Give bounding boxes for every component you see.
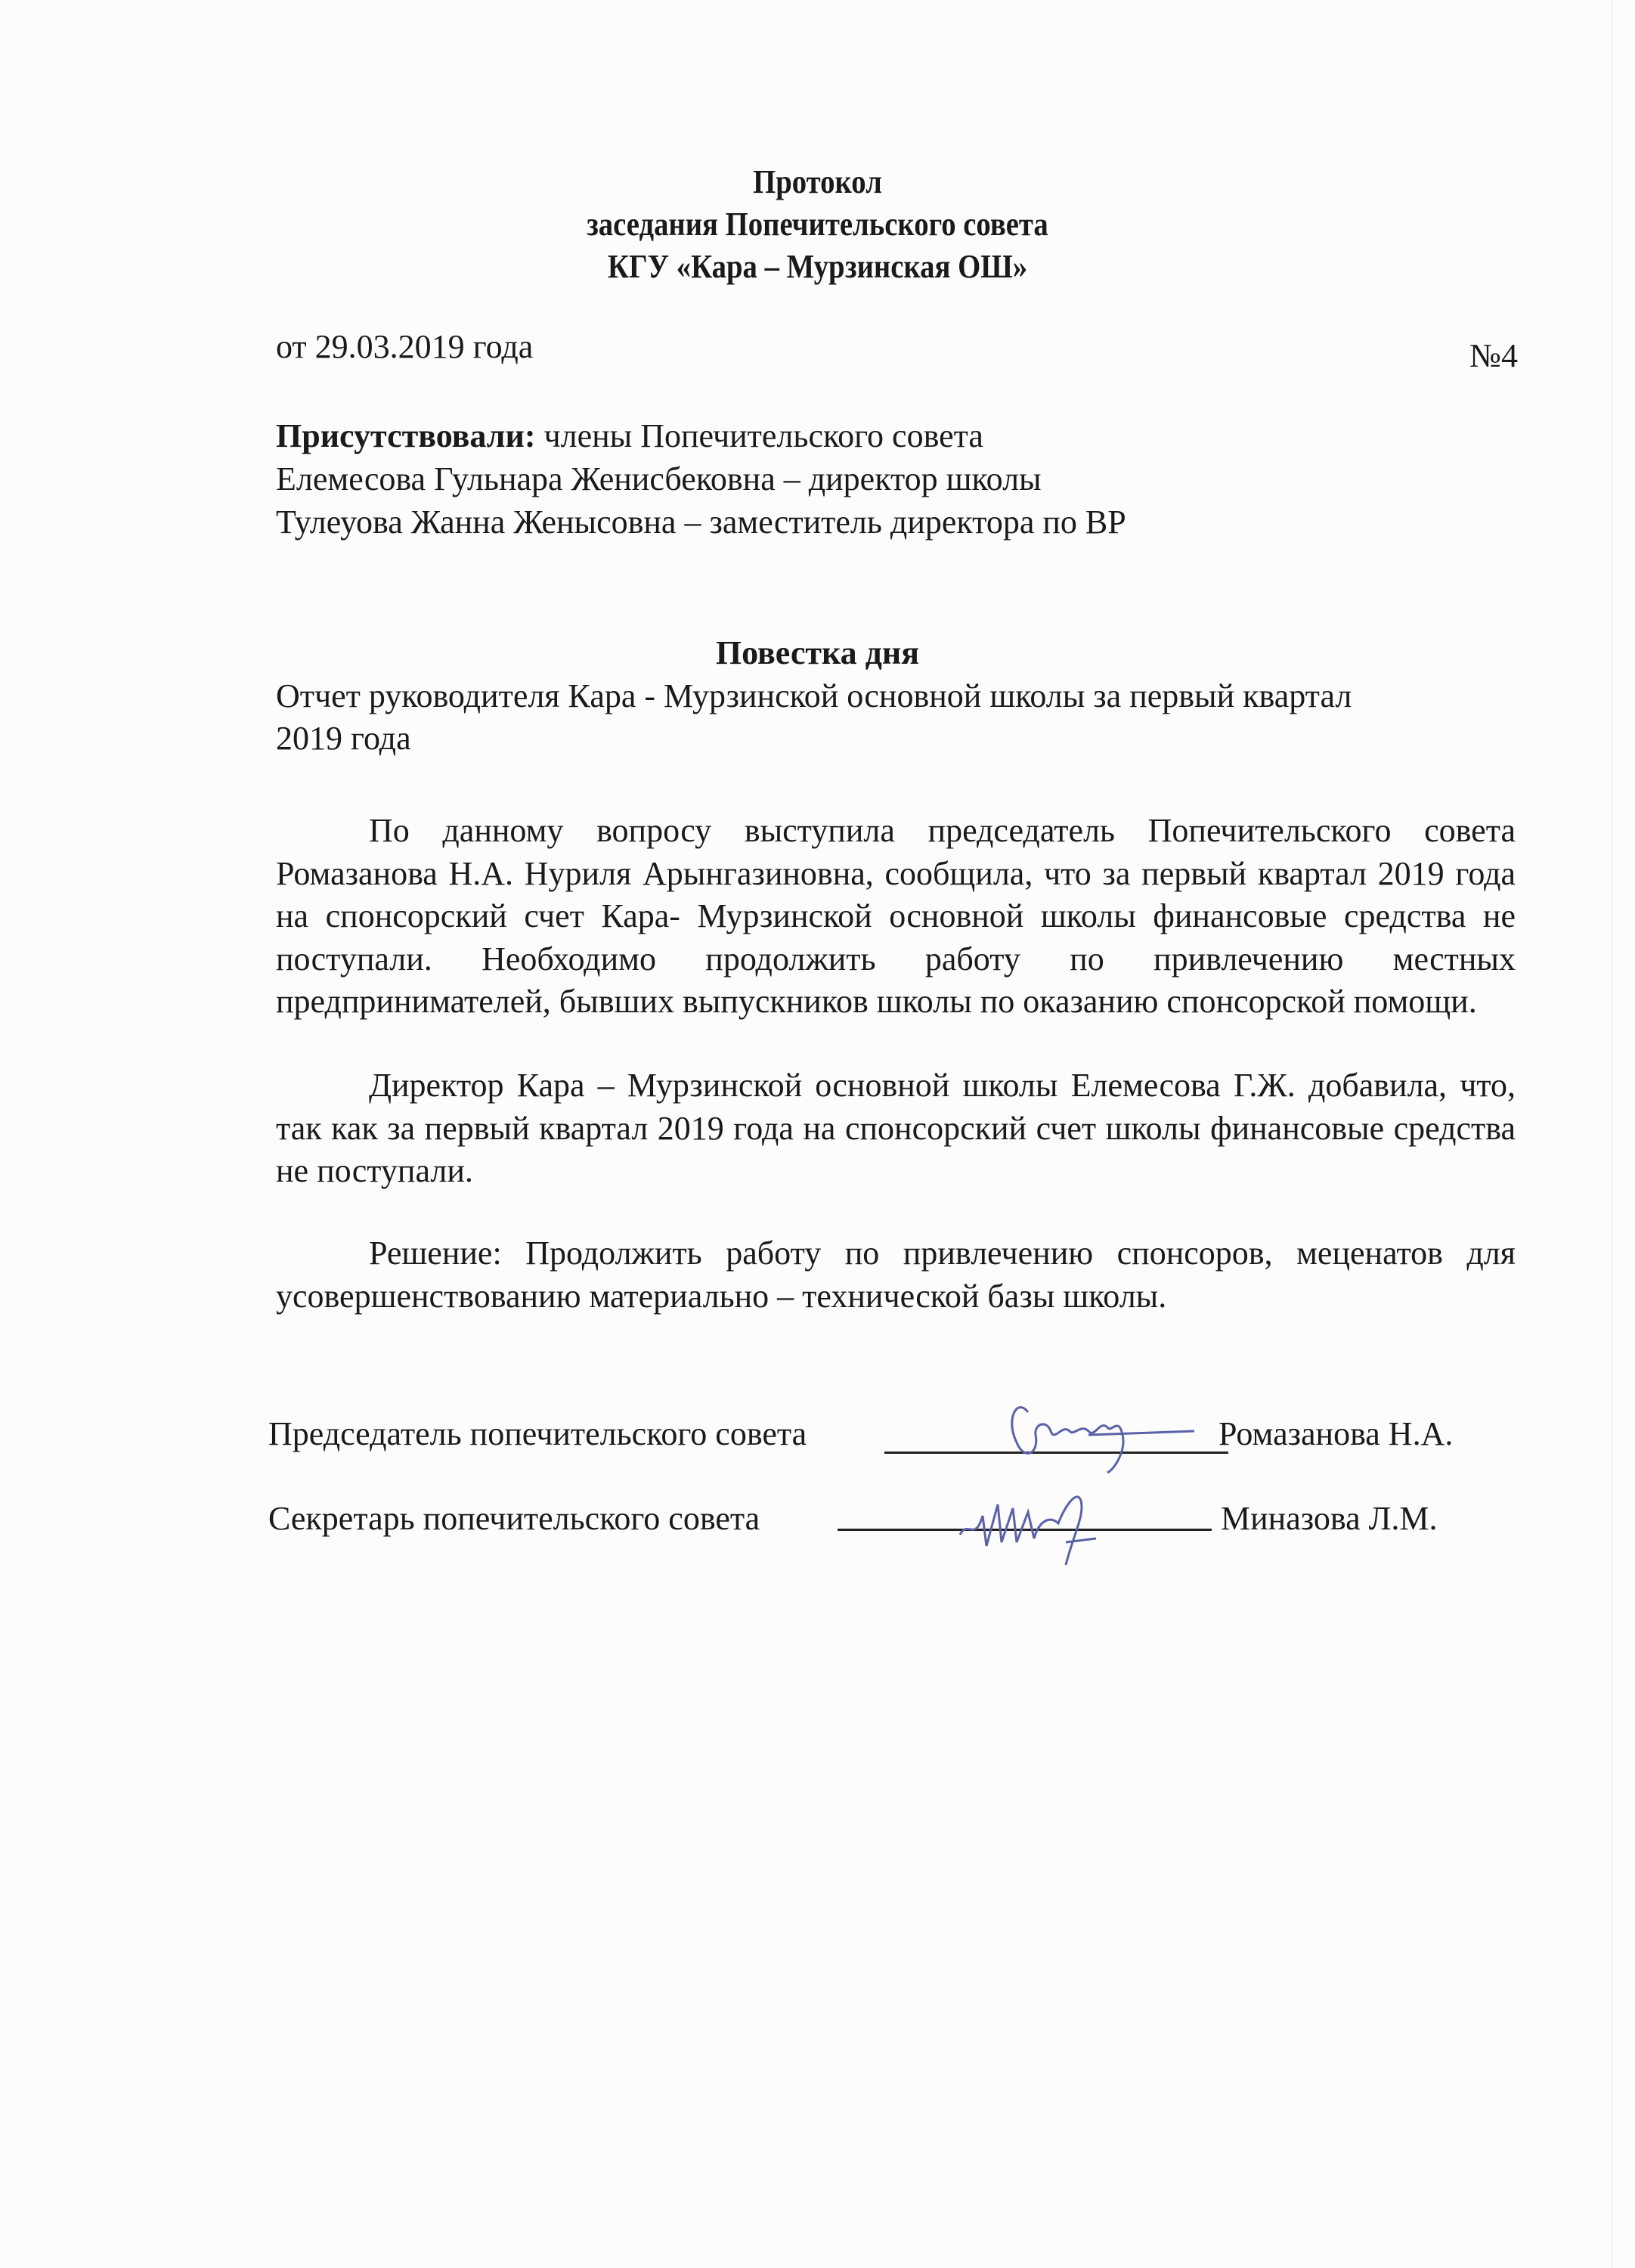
- chairman-role: Председатель попечительского совета: [268, 1412, 807, 1456]
- document-title: Протокол: [98, 160, 1537, 204]
- document-page: Протокол заседания Попечительского совет…: [0, 0, 1635, 2268]
- attendees-intro: члены Попечительского совета: [536, 417, 983, 454]
- attendee-item: Тулеуова Жанна Женысовна – заместитель д…: [276, 500, 1126, 544]
- attendees-heading: Присутствовали: члены Попечительского со…: [276, 414, 983, 458]
- agenda-title: Повестка дня: [0, 631, 1635, 675]
- attendees-label: Присутствовали:: [276, 417, 536, 454]
- secretary-name: Миназова Л.М.: [1221, 1497, 1438, 1541]
- protocol-number: №4: [1469, 334, 1518, 378]
- secretary-signature-icon: [945, 1474, 1134, 1572]
- decision-paragraph: Решение: Продолжить работу по привлечени…: [276, 1232, 1516, 1318]
- chairman-signature-icon: [975, 1390, 1202, 1476]
- chairman-name: Ромазанова Н.А.: [1219, 1412, 1453, 1456]
- chairman-report-paragraph: По данному вопросу выступила председател…: [276, 810, 1516, 1024]
- director-addition-paragraph: Директор Кара – Мурзинской основной школ…: [276, 1064, 1516, 1193]
- agenda-text: Отчет руководителя Кара - Мурзинской осн…: [276, 674, 1352, 718]
- secretary-role: Секретарь попечительского совета: [268, 1497, 760, 1541]
- organization-name: КГУ «Кара – Мурзинская ОШ»: [98, 245, 1537, 289]
- attendee-item: Елемесова Гульнара Женисбековна – директ…: [276, 457, 1042, 501]
- document-subtitle: заседания Попечительского совета: [98, 203, 1537, 246]
- protocol-date: от 29.03.2019 года: [276, 325, 533, 369]
- agenda-text-continued: 2019 года: [276, 717, 411, 761]
- page-edge: [1612, 0, 1612, 2268]
